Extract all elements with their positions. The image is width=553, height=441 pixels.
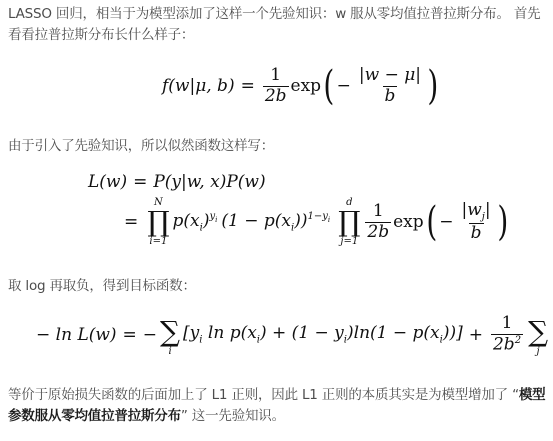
objective-body: [yi ln p(xi) + (1 − yi)ln(1 − p(xi))] [183, 323, 463, 345]
likelihood-term1: p(xi)yi [173, 211, 218, 233]
term-text: p(x [173, 211, 200, 231]
fraction-denominator: 2b [263, 86, 289, 107]
formula-rhs: P(y|w, x)P(w) [153, 172, 265, 192]
exp-function: exp [393, 212, 424, 232]
likelihood-intro-text: 由于引入了先验知识，所以似然函数这样写： [8, 138, 274, 154]
conclusion-text: 等价于原始损失函数的后面加上了 L1 正则，因此 L1 正则的本质其实是为模型增… [8, 387, 519, 403]
laplace-distribution-formula: f(w|μ, b) = 1 2b exp ( − |w − μ| b ) [162, 66, 441, 106]
product-operator: d ∏ j=1 [338, 197, 360, 247]
fraction: |wj| b [460, 201, 493, 243]
conclusion-text: ” 这一先验知识。 [181, 408, 285, 424]
equals-sign: = [124, 212, 138, 232]
sum-symbol: ∑ [528, 318, 548, 346]
likelihood-term2: (1 − p(xi))1−yi [221, 211, 330, 233]
term-text: (1 − p(x [221, 211, 291, 231]
superscript: 2 [515, 335, 521, 346]
product-lower-limit: j=1 [340, 236, 358, 247]
intro-paragraph: LASSO 回归，相当于为模型添加了这样一个先验知识：w 服从零均值拉普拉斯分布… [8, 4, 548, 46]
fraction: 1 2b2 [491, 314, 523, 355]
product-symbol: ∏ [147, 208, 169, 236]
equals-sign: = [123, 325, 137, 345]
left-paren: ( [426, 202, 437, 242]
right-paren: ) [427, 66, 438, 106]
conclusion-paragraph: 等价于原始损失函数的后面加上了 L1 正则，因此 L1 正则的本质其实是为模型增… [8, 385, 548, 427]
term-text: |w [462, 200, 482, 220]
fraction-numerator: |w − μ| [357, 66, 423, 86]
term-text: ) [203, 211, 210, 231]
plus-sign: + [469, 325, 483, 345]
fraction-numerator: 1 [268, 66, 283, 86]
fraction-numerator: 1 [500, 314, 515, 334]
term-text: 2b [493, 334, 515, 354]
subscript: i [215, 216, 217, 224]
term-text: | [485, 200, 491, 220]
formula-lhs: f(w|μ, b) [162, 76, 235, 96]
fraction: 1 2b [263, 66, 289, 106]
product-operator: N ∏ i=1 [147, 197, 169, 247]
objective-intro-text: 取 log 再取负，得到目标函数： [8, 278, 196, 294]
fraction-denominator: b [383, 86, 398, 107]
sum-lower-limit: i [168, 346, 171, 357]
product-symbol: ∏ [338, 208, 360, 236]
fraction: |w − μ| b [357, 66, 423, 106]
objective-function-formula: − ln L(w) = − ∑ i [yi ln p(xi) + (1 − yi… [36, 312, 553, 357]
objective-intro-paragraph: 取 log 再取负，得到目标函数： [8, 276, 548, 297]
minus-sign: − [143, 325, 157, 345]
left-paren: ( [323, 66, 334, 106]
fraction-numerator: |wj| [460, 201, 493, 223]
sum-lower-limit: j [537, 346, 540, 357]
fraction-denominator: 2b [365, 222, 391, 243]
formula-lhs: − ln L(w) [36, 325, 117, 345]
term-text: )) [294, 211, 307, 231]
likelihood-formula-line1: L(w) = P(y|w, x)P(w) [88, 172, 266, 192]
likelihood-formula-line2: = N ∏ i=1 p(xi)yi (1 − p(xi))1−yi d ∏ j=… [124, 197, 510, 247]
product-lower-limit: i=1 [149, 236, 167, 247]
sum-operator: ∑ i [160, 312, 180, 357]
subscript: i [328, 216, 330, 224]
intro-text: LASSO 回归，相当于为模型添加了这样一个先验知识：w 服从零均值拉普拉斯分布… [8, 6, 540, 43]
equals-sign: = [241, 76, 255, 96]
fraction-denominator: 2b2 [491, 334, 523, 355]
term-text: [y [183, 323, 199, 343]
right-paren: ) [497, 202, 508, 242]
term-text: ) + (1 − y [260, 323, 344, 343]
fraction-denominator: b [469, 223, 484, 244]
exp-function: exp [291, 76, 322, 96]
term-text: ))] [443, 323, 463, 343]
term-text: )ln(1 − p(x [347, 323, 440, 343]
term-text: ln p(x [203, 323, 257, 343]
sum-symbol: ∑ [160, 318, 180, 346]
minus-sign: − [337, 76, 351, 96]
sum-operator: ∑ j [528, 312, 548, 357]
minus-sign: − [439, 212, 453, 232]
superscript: 1−y [307, 211, 327, 222]
equals-sign: = [133, 172, 147, 192]
fraction: 1 2b [365, 202, 391, 242]
fraction-numerator: 1 [371, 202, 386, 222]
likelihood-intro-paragraph: 由于引入了先验知识，所以似然函数这样写： [8, 136, 548, 157]
formula-lhs: L(w) [88, 172, 127, 192]
